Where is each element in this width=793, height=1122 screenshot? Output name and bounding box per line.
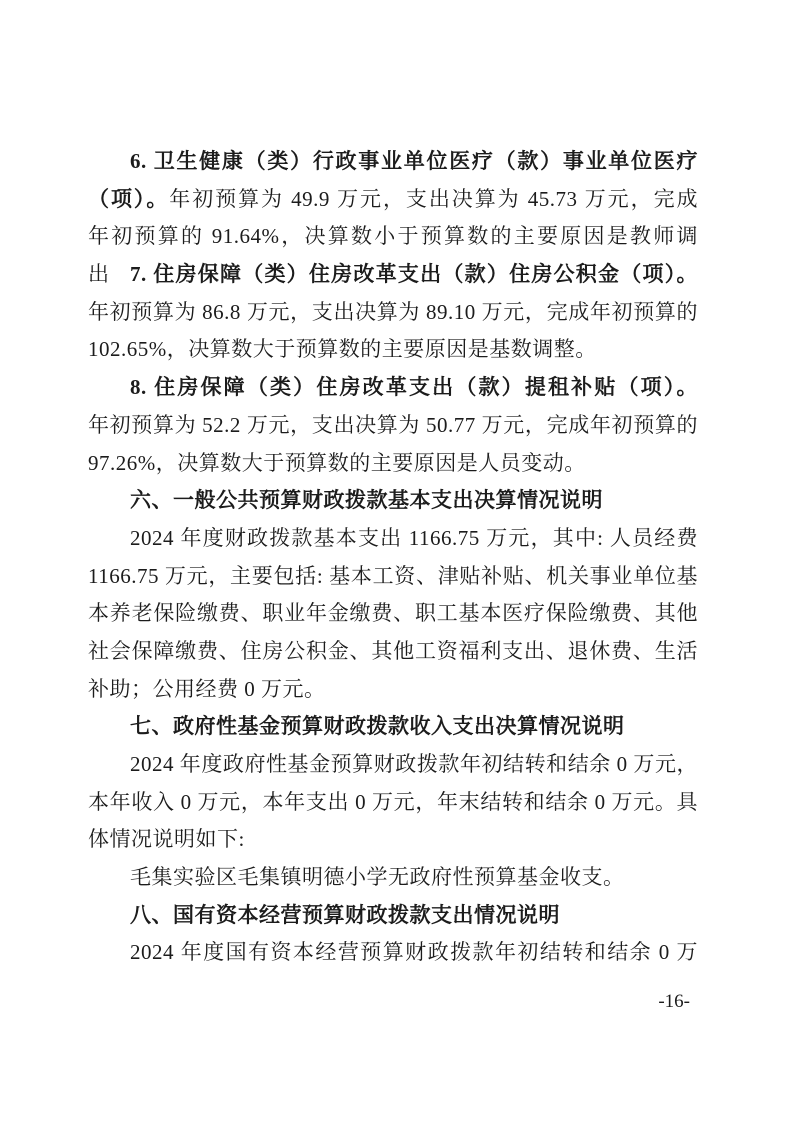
sec7-body-run-1: 2024 年度政府性基金预算财政拨款年初结转和结余 0 万元，	[130, 752, 698, 776]
sec7-body-run-3: 体情况说明如下:	[88, 827, 245, 851]
sec7-note-run: 毛集实验区毛集镇明德小学无政府性预算基金收支。	[130, 865, 625, 889]
line-item8-body-1: 年初预算为 52.2 万元，支出决算为 50.77 万元，完成年初预算的	[88, 407, 698, 445]
sec6-body-run-4: 社会保障缴费、住房公积金、其他工资福利支出、退休费、生活	[88, 639, 698, 663]
line-item8-title: 8. 住房保障（类）住房改革支出（款）提租补贴（项）。	[88, 369, 698, 407]
item7-title-run: 7. 住房保障（类）住房改革支出（款）住房公积金（项）。	[130, 262, 698, 286]
line-item7-body-1: 年初预算为 86.8 万元，支出决算为 89.10 万元，完成年初预算的	[88, 294, 698, 332]
item8-body-run-2: 97.26%，决算数大于预算数的主要原因是人员变动。	[88, 451, 586, 475]
line-sec7-note: 毛集实验区毛集镇明德小学无政府性预算基金收支。	[88, 859, 698, 897]
sec8-body-run-1: 2024 年度国有资本经营预算财政拨款年初结转和结余 0 万	[130, 940, 698, 964]
line-sec6-body-4: 社会保障缴费、住房公积金、其他工资福利支出、退休费、生活	[88, 633, 698, 671]
line-item8-body-2: 97.26%，决算数大于预算数的主要原因是人员变动。	[88, 445, 698, 483]
line-sec7-body-2: 本年收入 0 万元，本年支出 0 万元，年末结转和结余 0 万元。具	[88, 784, 698, 822]
heading-section-8: 八、国有资本经营预算财政拨款支出情况说明	[88, 897, 698, 935]
line-sec6-body-2: 1166.75 万元，主要包括: 基本工资、津贴补贴、机关事业单位基	[88, 558, 698, 596]
item6-title-run: 6. 卫生健康（类）行政事业单位医疗（款）事业单位医疗	[130, 149, 698, 173]
sec6-body-run-2: 1166.75 万元，主要包括: 基本工资、津贴补贴、机关事业单位基	[88, 564, 698, 588]
item6-title-tail-run: （项）。	[88, 187, 169, 211]
line-item6-body-1: （项）。年初预算为 49.9 万元，支出决算为 45.73 万元，完成	[88, 181, 698, 219]
line-item7-body-2: 102.65%，决算数大于预算数的主要原因是基数调整。	[88, 331, 698, 369]
line-sec7-body-1: 2024 年度政府性基金预算财政拨款年初结转和结余 0 万元，	[88, 746, 698, 784]
item7-body-run: 年初预算为 86.8 万元，支出决算为 89.10 万元，完成年初预算的	[88, 300, 698, 324]
heading-section-7: 七、政府性基金预算财政拨款收入支出决算情况说明	[88, 708, 698, 746]
sec6-body-run-1: 2024 年度财政拨款基本支出 1166.75 万元，其中: 人员经费	[130, 526, 698, 550]
item8-title-run: 8. 住房保障（类）住房改革支出（款）提租补贴（项）。	[130, 375, 698, 399]
item8-body-run: 年初预算为 52.2 万元，支出决算为 50.77 万元，完成年初预算的	[88, 413, 698, 437]
sec6-body-run-3: 本养老保险缴费、职业年金缴费、职工基本医疗保险缴费、其他	[88, 601, 698, 625]
line-item6-body-2: 年初预算的 91.64%，决算数小于预算数的主要原因是教师调出。	[88, 218, 698, 256]
document-body: 6. 卫生健康（类）行政事业单位医疗（款）事业单位医疗 （项）。年初预算为 49…	[88, 143, 698, 972]
line-sec6-body-5: 补助；公用经费 0 万元。	[88, 671, 698, 709]
sec7-body-run-2: 本年收入 0 万元，本年支出 0 万元，年末结转和结余 0 万元。具	[88, 790, 698, 814]
heading-section-6: 六、一般公共预算财政拨款基本支出决算情况说明	[88, 482, 698, 520]
line-sec8-body-1: 2024 年度国有资本经营预算财政拨款年初结转和结余 0 万	[88, 934, 698, 972]
line-item7-title: 7. 住房保障（类）住房改革支出（款）住房公积金（项）。	[88, 256, 698, 294]
document-page: 6. 卫生健康（类）行政事业单位医疗（款）事业单位医疗 （项）。年初预算为 49…	[0, 0, 793, 1122]
section-7-heading-run: 七、政府性基金预算财政拨款收入支出决算情况说明	[130, 714, 625, 738]
item6-body-run: 年初预算为 49.9 万元，支出决算为 45.73 万元，完成	[169, 187, 698, 211]
section-6-heading-run: 六、一般公共预算财政拨款基本支出决算情况说明	[130, 488, 603, 512]
sec6-body-run-5: 补助；公用经费 0 万元。	[88, 677, 326, 701]
page-number: -16-	[658, 990, 690, 1014]
line-sec6-body-1: 2024 年度财政拨款基本支出 1166.75 万元，其中: 人员经费	[88, 520, 698, 558]
line-item6-title: 6. 卫生健康（类）行政事业单位医疗（款）事业单位医疗	[88, 143, 698, 181]
line-sec6-body-3: 本养老保险缴费、职业年金缴费、职工基本医疗保险缴费、其他	[88, 595, 698, 633]
item7-body-run-2: 102.65%，决算数大于预算数的主要原因是基数调整。	[88, 337, 597, 361]
line-sec7-body-3: 体情况说明如下:	[88, 821, 698, 859]
section-8-heading-run: 八、国有资本经营预算财政拨款支出情况说明	[130, 903, 560, 927]
